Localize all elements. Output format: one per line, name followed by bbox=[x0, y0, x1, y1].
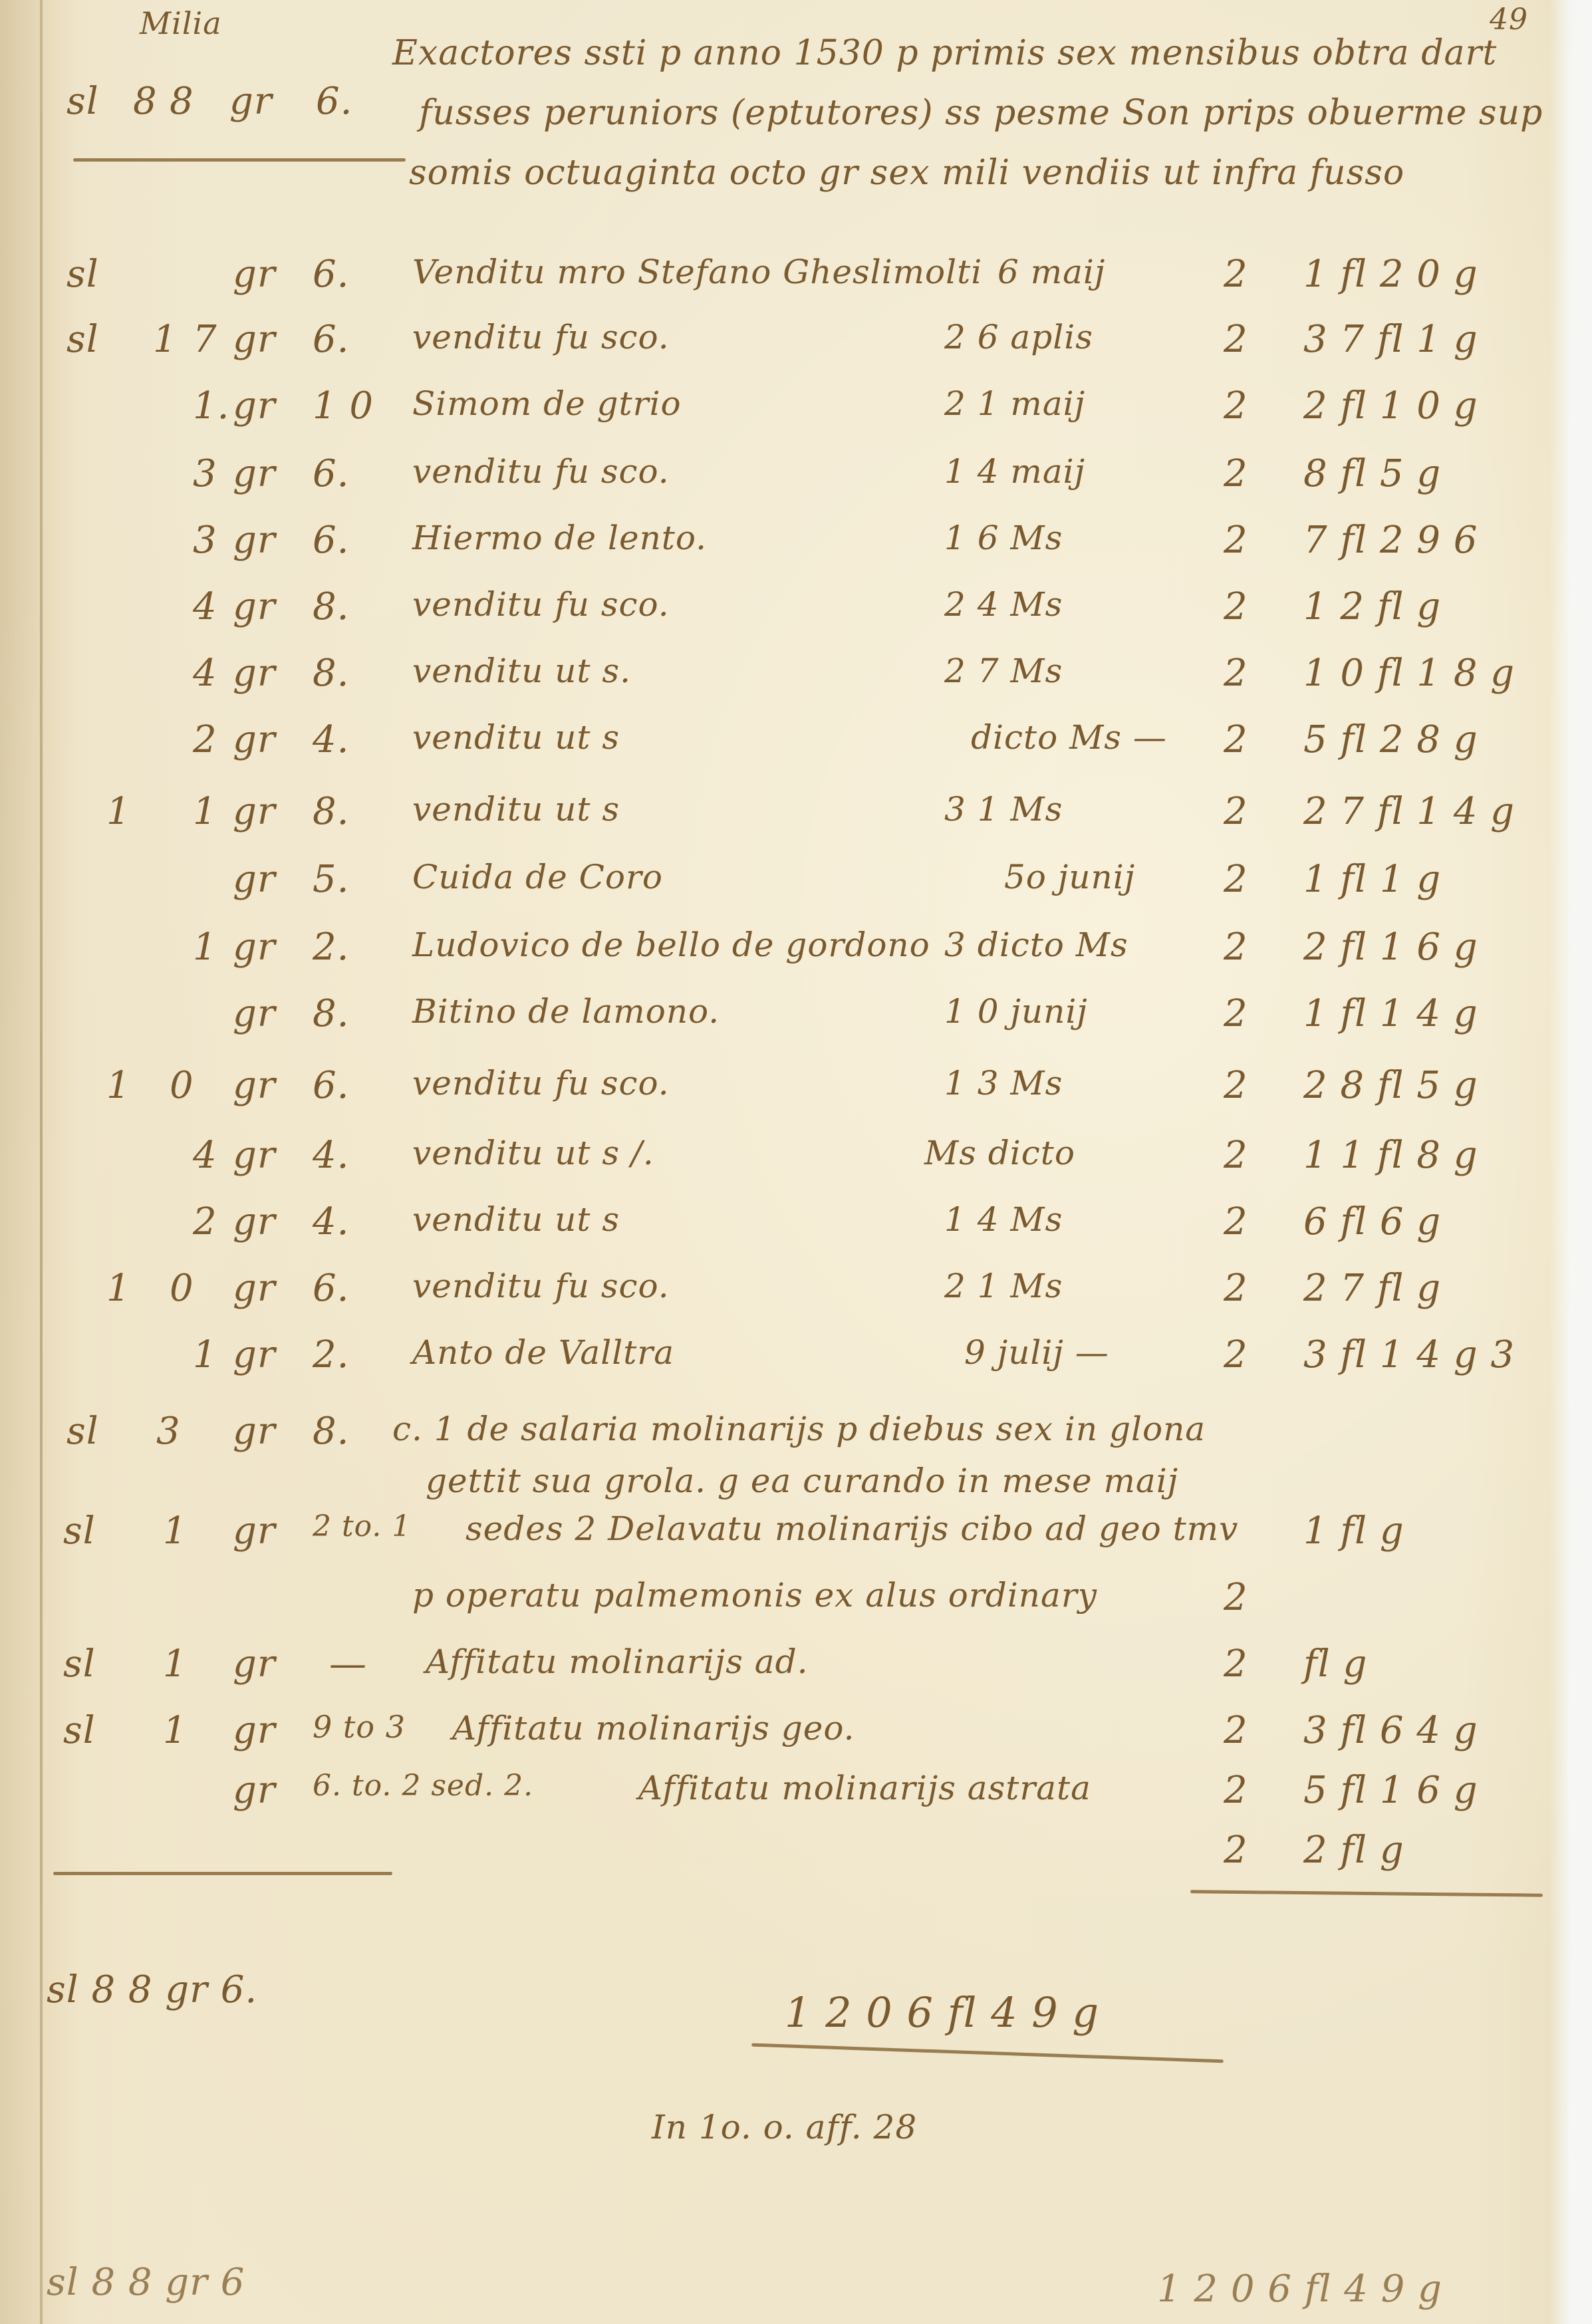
entry-date: 1 0 junij bbox=[944, 992, 1088, 1031]
entry-date: 2 1 Ms bbox=[944, 1267, 1063, 1305]
entry-description: Anto de Valltra bbox=[412, 1333, 674, 1372]
ledger-row: 4 gr 8. venditu ut s. 2 7 Ms 2 1 0 fl 1 … bbox=[0, 652, 1592, 694]
expense-amount: 2 fl g bbox=[1303, 1829, 1404, 1872]
ledger-row: 3 gr 6. venditu fu sco. 1 4 maij 2 8 fl … bbox=[0, 452, 1592, 495]
expense-description: Affitatu molinarijs astrata bbox=[638, 1769, 1091, 1807]
expense-row: gr 6. to. 2 sed. 2. Affitatu molinarijs … bbox=[0, 1769, 1592, 1811]
soldi-tens: 1 bbox=[153, 318, 178, 361]
denari: 8. bbox=[313, 790, 349, 833]
header-line-1: Exactores ssti p anno 1530 p primis sex … bbox=[392, 33, 1497, 73]
denari: 2. bbox=[313, 926, 349, 969]
entry-description: Cuida de Coro bbox=[412, 858, 663, 896]
soldi-units: 1 bbox=[163, 1642, 188, 1686]
soldi-units: 3 bbox=[156, 1410, 181, 1453]
left-total: sl 8 8 gr 6. bbox=[47, 1968, 257, 2011]
grossi-mark: gr bbox=[233, 858, 276, 901]
soldi-units: 1 bbox=[163, 1509, 188, 1553]
denari: 4. bbox=[313, 1134, 349, 1177]
entry-date: 1 4 maij bbox=[944, 452, 1085, 491]
denari: 6. bbox=[313, 1267, 349, 1310]
entry-amount: 1 0 fl 1 8 g bbox=[1303, 652, 1515, 695]
denari: — bbox=[329, 1642, 367, 1686]
soldi-tens: 1 bbox=[106, 1064, 131, 1107]
entry-lt: 2 bbox=[1224, 1333, 1248, 1376]
right-total-rule bbox=[1190, 1890, 1543, 1897]
footer-left-total: sl 8 8 gr 6 bbox=[47, 2261, 245, 2304]
grossi-mark: gr bbox=[233, 519, 276, 562]
sol-mark: sl bbox=[66, 253, 99, 296]
entry-description: venditu fu sco. bbox=[412, 452, 670, 491]
entry-amount: 2 7 fl 1 4 g bbox=[1303, 790, 1515, 833]
soldi-units: 0 bbox=[170, 1064, 194, 1107]
ledger-row: 4 gr 4. venditu ut s /. Ms dicto 2 1 1 f… bbox=[0, 1134, 1592, 1176]
entry-lt: 2 bbox=[1224, 790, 1248, 833]
entry-description: Venditu mro Stefano Gheslimolti bbox=[412, 253, 982, 291]
denari: 8. bbox=[313, 585, 349, 628]
entry-amount: 1 fl 2 0 g bbox=[1303, 253, 1478, 296]
entry-lt: 2 bbox=[1224, 652, 1248, 695]
entry-lt: 2 bbox=[1224, 858, 1248, 901]
entry-lt: 2 bbox=[1224, 1200, 1248, 1243]
manuscript-page: Milia 49 sl 8 8 gr 6. Exactores ssti p a… bbox=[0, 0, 1592, 2324]
denari: 9 to 3 bbox=[313, 1709, 406, 1745]
header-rule bbox=[73, 158, 406, 162]
entry-date: 5o junij bbox=[1004, 858, 1135, 896]
expense-row: 2 2 fl g bbox=[0, 1829, 1592, 1871]
grossi-mark: gr bbox=[233, 1410, 276, 1453]
entry-date: 3 1 Ms bbox=[944, 790, 1063, 829]
entry-lt: 2 bbox=[1224, 384, 1248, 428]
entry-date: dicto Ms — bbox=[971, 718, 1167, 757]
entry-amount: 2 8 fl 5 g bbox=[1303, 1064, 1478, 1107]
entry-amount: 2 fl 1 0 g bbox=[1303, 384, 1478, 428]
ledger-row: sl gr 6. Venditu mro Stefano Gheslimolti… bbox=[0, 253, 1592, 295]
denari: 5. bbox=[313, 858, 349, 901]
expense-description: p operatu palmemonis ex alus ordinary bbox=[412, 1576, 1097, 1614]
entry-lt: 2 bbox=[1224, 519, 1248, 562]
header-total-b: 8 bbox=[170, 80, 194, 123]
sol-mark: sl bbox=[66, 318, 99, 361]
grossi-mark: gr bbox=[233, 652, 276, 695]
entry-amount: 2 fl 1 6 g bbox=[1303, 926, 1478, 969]
grossi-mark: gr bbox=[233, 1134, 276, 1177]
expense-description: Affitatu molinarijs ad. bbox=[426, 1642, 809, 1681]
entry-amount: 3 fl 1 4 g 3 bbox=[1303, 1333, 1515, 1376]
sol-mark: sl bbox=[63, 1642, 96, 1686]
entry-lt: 2 bbox=[1224, 452, 1248, 495]
soldi-units: 1. bbox=[193, 384, 229, 428]
entry-amount: 6 fl 6 g bbox=[1303, 1200, 1441, 1243]
grossi-mark: gr bbox=[233, 384, 276, 428]
grossi-mark: gr bbox=[233, 1509, 276, 1553]
entry-date: 9 julij — bbox=[964, 1333, 1109, 1372]
ledger-row: sl 1 7 gr 6. venditu fu sco. 2 6 aplis 2… bbox=[0, 318, 1592, 360]
grossi-mark: gr bbox=[233, 1709, 276, 1752]
entry-amount: 1 2 fl g bbox=[1303, 585, 1441, 628]
grossi-mark: gr bbox=[233, 992, 276, 1035]
soldi-tens: 1 bbox=[106, 790, 131, 833]
entry-description: venditu fu sco. bbox=[412, 1267, 670, 1305]
soldi-units: 7 bbox=[193, 318, 217, 361]
grossi-mark: gr bbox=[233, 718, 276, 761]
expense-lt: 2 bbox=[1224, 1576, 1248, 1619]
entry-description: Ludovico de bello de gordono bbox=[412, 926, 930, 964]
sol-mark: sl bbox=[63, 1509, 96, 1553]
ledger-row: 4 gr 8. venditu fu sco. 2 4 Ms 2 1 2 fl … bbox=[0, 585, 1592, 628]
entry-amount: 7 fl 2 9 6 bbox=[1303, 519, 1478, 562]
entry-description: Simom de gtrio bbox=[412, 384, 682, 423]
header-total-sol: sl bbox=[66, 80, 99, 123]
expense-row: sl 1 gr 9 to 3 Affitatu molinarijs geo. … bbox=[0, 1709, 1592, 1751]
denari: 6. bbox=[313, 519, 349, 562]
denari: 4. bbox=[313, 718, 349, 761]
grand-total-rule bbox=[751, 2043, 1224, 2063]
denari: 4. bbox=[313, 1200, 349, 1243]
grossi-mark: gr bbox=[233, 585, 276, 628]
denari: 2 to. 1 bbox=[313, 1509, 411, 1543]
denari: 8. bbox=[313, 652, 349, 695]
expense-description: gettit sua grola. g ea curando in mese m… bbox=[426, 1462, 1178, 1500]
entry-amount: 5 fl 2 8 g bbox=[1303, 718, 1478, 761]
entry-amount: 3 7 fl 1 g bbox=[1303, 318, 1478, 361]
soldi-units: 4 bbox=[193, 652, 217, 695]
entry-date: 2 1 maij bbox=[944, 384, 1085, 423]
entry-description: venditu fu sco. bbox=[412, 585, 670, 624]
soldi-units: 2 bbox=[193, 718, 217, 761]
expense-description: sedes 2 Delavatu molinarijs cibo ad geo … bbox=[465, 1509, 1238, 1548]
header-total-a: 8 bbox=[133, 80, 158, 123]
expense-row: sl 1 gr — Affitatu molinarijs ad. 2 fl g bbox=[0, 1642, 1592, 1685]
expense-description: c. 1 de salaria molinarijs p diebus sex … bbox=[392, 1410, 1206, 1448]
sol-mark: sl bbox=[63, 1709, 96, 1752]
denari: 2. bbox=[313, 1333, 349, 1376]
ledger-row: 1 gr 2. Ludovico de bello de gordono 3 d… bbox=[0, 926, 1592, 968]
ledger-row: 3 gr 6. Hiermo de lento. 1 6 Ms 2 7 fl 2… bbox=[0, 519, 1592, 561]
soldi-units: 1 bbox=[193, 1333, 217, 1376]
header-line-3: somis octuaginta octo gr sex mili vendii… bbox=[409, 153, 1404, 193]
expense-amount: fl g bbox=[1303, 1642, 1367, 1686]
entry-description: venditu fu sco. bbox=[412, 318, 670, 356]
entry-amount: 1 fl 1 4 g bbox=[1303, 992, 1478, 1035]
entry-lt: 2 bbox=[1224, 585, 1248, 628]
soldi-units: 1 bbox=[193, 926, 217, 969]
footer-right-total: 1 2 0 6 fl 4 9 g bbox=[1157, 2267, 1442, 2311]
entry-date: 6 maij bbox=[997, 253, 1105, 291]
entry-lt: 2 bbox=[1224, 318, 1248, 361]
expense-row: p operatu palmemonis ex alus ordinary 2 bbox=[0, 1576, 1592, 1618]
expense-lt: 2 bbox=[1224, 1769, 1248, 1812]
entry-amount: 2 7 fl g bbox=[1303, 1267, 1441, 1310]
summary-note: In 1o. o. aff. 28 bbox=[652, 2108, 917, 2146]
sol-mark: sl bbox=[66, 1410, 99, 1453]
entry-description: venditu ut s /. bbox=[412, 1134, 654, 1172]
grand-total: 1 2 0 6 fl 4 9 g bbox=[785, 1988, 1099, 2037]
entry-lt: 2 bbox=[1224, 718, 1248, 761]
denari: 8. bbox=[313, 992, 349, 1035]
heading-label: Milia bbox=[140, 5, 222, 41]
expense-amount: 5 fl 1 6 g bbox=[1303, 1769, 1478, 1812]
entry-lt: 2 bbox=[1224, 253, 1248, 296]
entry-date: 1 4 Ms bbox=[944, 1200, 1063, 1239]
denari: 6. to. 2 sed. 2. bbox=[313, 1769, 533, 1803]
grossi-mark: gr bbox=[233, 1200, 276, 1243]
header-total-gr: gr bbox=[229, 80, 273, 123]
expense-row: gettit sua grola. g ea curando in mese m… bbox=[0, 1462, 1592, 1504]
entry-amount: 1 1 fl 8 g bbox=[1303, 1134, 1478, 1177]
ledger-row: 2 gr 4. venditu ut s 1 4 Ms 2 6 fl 6 g bbox=[0, 1200, 1592, 1243]
soldi-units: 4 bbox=[193, 1134, 217, 1177]
entry-description: Bitino de lamono. bbox=[412, 992, 720, 1031]
entry-date: Ms dicto bbox=[924, 1134, 1075, 1172]
header-total-den: 6. bbox=[316, 80, 352, 123]
soldi-units: 2 bbox=[193, 1200, 217, 1243]
grossi-mark: gr bbox=[233, 1267, 276, 1310]
grossi-mark: gr bbox=[233, 1333, 276, 1376]
entry-lt: 2 bbox=[1224, 1064, 1248, 1107]
grossi-mark: gr bbox=[233, 452, 276, 495]
soldi-units: 1 bbox=[193, 790, 217, 833]
entry-lt: 2 bbox=[1224, 992, 1248, 1035]
ledger-row: 1 0 gr 6. venditu fu sco. 2 1 Ms 2 2 7 f… bbox=[0, 1267, 1592, 1309]
entry-date: 2 7 Ms bbox=[944, 652, 1063, 690]
expense-amount: 1 fl g bbox=[1303, 1509, 1404, 1553]
ledger-row: 1 0 gr 6. venditu fu sco. 1 3 Ms 2 2 8 f… bbox=[0, 1064, 1592, 1106]
denari: 6. bbox=[313, 452, 349, 495]
grossi-mark: gr bbox=[233, 253, 276, 296]
entry-lt: 2 bbox=[1224, 1134, 1248, 1177]
expense-row: sl 3 gr 8. c. 1 de salaria molinarijs p … bbox=[0, 1410, 1592, 1452]
expense-description: Affitatu molinarijs geo. bbox=[452, 1709, 855, 1747]
grossi-mark: gr bbox=[233, 1769, 276, 1812]
entry-date: 2 4 Ms bbox=[944, 585, 1063, 624]
expense-lt: 2 bbox=[1224, 1642, 1248, 1686]
entry-description: venditu ut s bbox=[412, 790, 620, 829]
ledger-row: 2 gr 4. venditu ut s dicto Ms — 2 5 fl 2… bbox=[0, 718, 1592, 761]
entry-amount: 8 fl 5 g bbox=[1303, 452, 1441, 495]
ledger-row: 1 gr 2. Anto de Valltra 9 julij — 2 3 fl… bbox=[0, 1333, 1592, 1376]
entry-amount: 1 fl 1 g bbox=[1303, 858, 1441, 901]
grossi-mark: gr bbox=[233, 318, 276, 361]
entry-date: 1 3 Ms bbox=[944, 1064, 1063, 1102]
left-total-rule bbox=[53, 1872, 392, 1875]
soldi-tens: 1 bbox=[106, 1267, 131, 1310]
entry-description: venditu ut s bbox=[412, 1200, 620, 1239]
entry-description: venditu fu sco. bbox=[412, 1064, 670, 1102]
expense-amount: 3 fl 6 4 g bbox=[1303, 1709, 1478, 1752]
soldi-units: 0 bbox=[170, 1267, 194, 1310]
grossi-mark: gr bbox=[233, 790, 276, 833]
entry-date: 1 6 Ms bbox=[944, 519, 1063, 557]
grossi-mark: gr bbox=[233, 926, 276, 969]
grossi-mark: gr bbox=[233, 1064, 276, 1107]
denari: 6. bbox=[313, 253, 349, 296]
grossi-mark: gr bbox=[233, 1642, 276, 1686]
entry-date: 3 dicto Ms bbox=[944, 926, 1128, 964]
denari: 6. bbox=[313, 1064, 349, 1107]
ledger-row: 1 1 gr 8. venditu ut s 3 1 Ms 2 2 7 fl 1… bbox=[0, 790, 1592, 833]
denari: 8. bbox=[313, 1410, 349, 1453]
denari: 6. bbox=[313, 318, 349, 361]
header-line-2: fusses peruniors (eptutores) ss pesme So… bbox=[419, 93, 1543, 133]
expense-row: sl 1 gr 2 to. 1 sedes 2 Delavatu molinar… bbox=[0, 1509, 1592, 1552]
soldi-units: 3 bbox=[193, 452, 217, 495]
ledger-row: gr 8. Bitino de lamono. 1 0 junij 2 1 fl… bbox=[0, 992, 1592, 1035]
entry-description: venditu ut s. bbox=[412, 652, 631, 690]
soldi-units: 1 bbox=[163, 1709, 188, 1752]
entry-description: venditu ut s bbox=[412, 718, 620, 757]
expense-lt: 2 bbox=[1224, 1709, 1248, 1752]
entry-lt: 2 bbox=[1224, 926, 1248, 969]
ledger-row: 1. gr 1 0 Simom de gtrio 2 1 maij 2 2 fl… bbox=[0, 384, 1592, 427]
entry-date: 2 6 aplis bbox=[944, 318, 1093, 356]
ledger-row: gr 5. Cuida de Coro 5o junij 2 1 fl 1 g bbox=[0, 858, 1592, 900]
entry-description: Hiermo de lento. bbox=[412, 519, 707, 557]
entry-lt: 2 bbox=[1224, 1267, 1248, 1310]
soldi-units: 4 bbox=[193, 585, 217, 628]
denari: 1 0 bbox=[313, 384, 374, 428]
folio-number: 49 bbox=[1490, 3, 1528, 37]
soldi-units: 3 bbox=[193, 519, 217, 562]
expense-lt: 2 bbox=[1224, 1829, 1248, 1872]
